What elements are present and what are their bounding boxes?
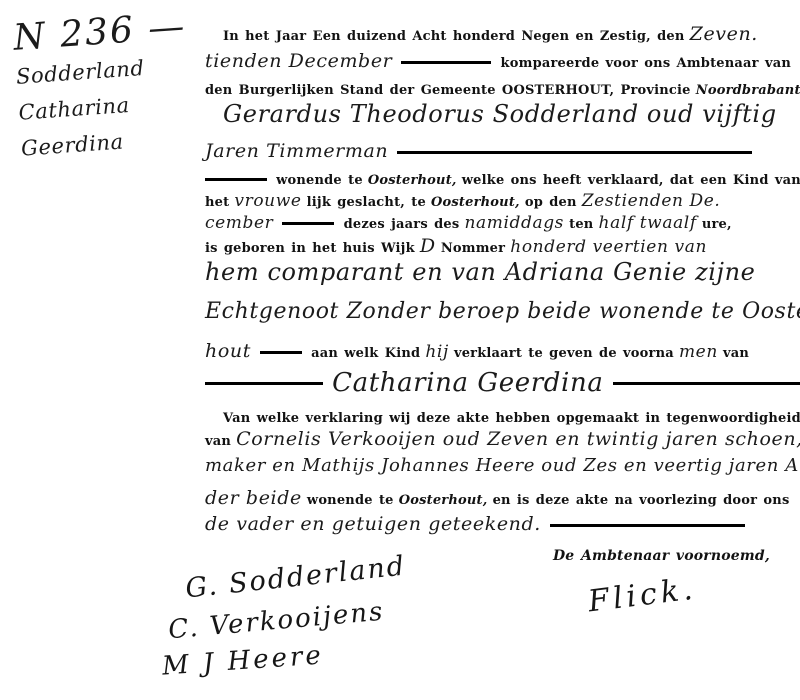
province-name: Noordbrabant, xyxy=(696,83,800,98)
blank-rule xyxy=(397,151,752,154)
blank-rule xyxy=(282,222,334,225)
printed-text: dezes jaars des xyxy=(344,217,460,232)
birth-date-handwritten: Zestienden De. xyxy=(582,191,721,211)
father-occupation-handwritten: Jaren Timmerman xyxy=(205,140,388,162)
body-line-13: Catharina Geerdina xyxy=(205,368,800,398)
blank-rule xyxy=(205,178,267,181)
body-line-8: cember dezes jaars des namiddags ten hal… xyxy=(205,213,732,233)
body-line-3: den Burgerlijken Stand der Gemeente OOST… xyxy=(205,79,800,98)
handwritten-text: hij xyxy=(425,342,448,362)
printed-text: ten xyxy=(569,217,593,232)
printed-text: en is deze akte na voorlezing door ons xyxy=(493,493,790,508)
body-line-11: Echtgenoot Zonder beroep beide wonende t… xyxy=(205,299,800,324)
body-line-15: van Cornelis Verkooijen oud Zeven en twi… xyxy=(205,428,800,450)
birth-certificate-scan: N 236 — Sodderland Catharina Geerdina In… xyxy=(0,0,800,700)
printed-text: lijk geslacht, te xyxy=(307,195,426,210)
printed-text: ure, xyxy=(702,217,732,232)
birthplace-name: Oosterhout, xyxy=(431,195,520,210)
margin-annotations: N 236 — Sodderland Catharina Geerdina xyxy=(12,5,207,167)
daypart-handwritten: namiddags xyxy=(464,213,564,233)
official-caption: De Ambtenaar voornoemd, xyxy=(553,548,800,564)
printed-text: van xyxy=(205,434,231,449)
printed-text: Nommer xyxy=(441,241,505,256)
printed-text: wonende te xyxy=(276,173,363,188)
body-line-12: hout aan welk Kind hij verklaart te geve… xyxy=(205,340,749,362)
child-gender-handwritten: vrouwe xyxy=(234,191,301,211)
date-handwritten: tienden December xyxy=(205,50,392,72)
signature-witness1: C. Verkooijens xyxy=(167,597,385,646)
birth-time-handwritten: half twaalf xyxy=(599,213,697,233)
signature-official: Flick. xyxy=(586,572,698,620)
body-line-14: Van welke verklaring wij deze akte hebbe… xyxy=(205,407,800,426)
blank-rule xyxy=(401,61,491,64)
handwritten-text: der beide xyxy=(205,487,302,509)
printed-text: van xyxy=(723,346,749,361)
body-line-18: de vader en getuigen geteekend. xyxy=(205,513,749,535)
printed-text: aan welk Kind xyxy=(311,346,420,361)
body-line-1: In het Jaar Een duizend Acht honderd Neg… xyxy=(205,23,758,45)
mother-name-handwritten: hem comparant en van Adriana Genie zijne xyxy=(205,258,755,286)
body-line-17: der beide wonende te Oosterhout, en is d… xyxy=(205,487,789,509)
witness1-handwritten: Cornelis Verkooijen oud Zeven en twintig… xyxy=(236,428,800,450)
house-number-handwritten: honderd veertien van xyxy=(510,237,707,257)
closing-handwritten: de vader en getuigen geteekend. xyxy=(205,513,541,535)
body-line-6: wonende te Oosterhout, welke ons heeft v… xyxy=(205,169,800,188)
residence-name: Oosterhout, xyxy=(399,493,488,508)
residence-name: Oosterhout, xyxy=(368,173,457,188)
body-line-4: Gerardus Theodorus Sodderland oud vijfti… xyxy=(205,100,777,128)
body-line-16: maker en Mathijs Johannes Heere oud Zes … xyxy=(205,455,800,476)
mother-status-handwritten: Echtgenoot Zonder beroep beide wonende t… xyxy=(205,299,800,324)
printed-text: verklaart te geven de voorna xyxy=(454,346,674,361)
father-name-handwritten: Gerardus Theodorus Sodderland oud vijfti… xyxy=(223,100,777,128)
municipality-line: den Burgerlijken Stand der Gemeente OOST… xyxy=(205,83,691,98)
handwritten-text: men xyxy=(679,342,718,362)
printed-text: het xyxy=(205,195,229,210)
blank-rule xyxy=(550,524,745,527)
printed-text: welke ons heeft verklaard, dat een Kind … xyxy=(462,173,800,188)
blank-rule xyxy=(613,382,800,385)
year-phrase: In het Jaar Een duizend Acht honderd Neg… xyxy=(223,29,685,44)
body-line-5: Jaren Timmerman xyxy=(205,140,756,162)
body-line-10: hem comparant en van Adriana Genie zijne xyxy=(205,258,755,286)
blank-rule xyxy=(260,351,302,354)
printed-text: kompareerde voor ons Ambtenaar van xyxy=(501,56,791,71)
body-line-2: tienden December kompareerde voor ons Am… xyxy=(205,50,791,72)
printed-text: Van welke verklaring wij deze akte hebbe… xyxy=(223,411,800,426)
house-wijk-letter-handwritten: D xyxy=(420,235,436,257)
handwritten-text: hout xyxy=(205,340,251,362)
printed-text: is geboren in het huis Wijk xyxy=(205,241,415,256)
body-line-9: is geboren in het huis Wijk D Nommer hon… xyxy=(205,235,707,257)
day-handwritten: Zeven. xyxy=(690,23,758,45)
body-line-7: het vrouwe lijk geslacht, te Oosterhout,… xyxy=(205,191,720,211)
printed-text: wonende te xyxy=(307,493,394,508)
witness2-handwritten: maker en Mathijs Johannes Heere oud Zes … xyxy=(205,455,800,476)
birth-month-handwritten: cember xyxy=(205,213,273,233)
blank-rule xyxy=(205,382,323,385)
signature-witness2: M J Heere xyxy=(161,640,325,681)
child-name-handwritten: Catharina Geerdina xyxy=(332,368,603,398)
printed-text: op den xyxy=(525,195,577,210)
